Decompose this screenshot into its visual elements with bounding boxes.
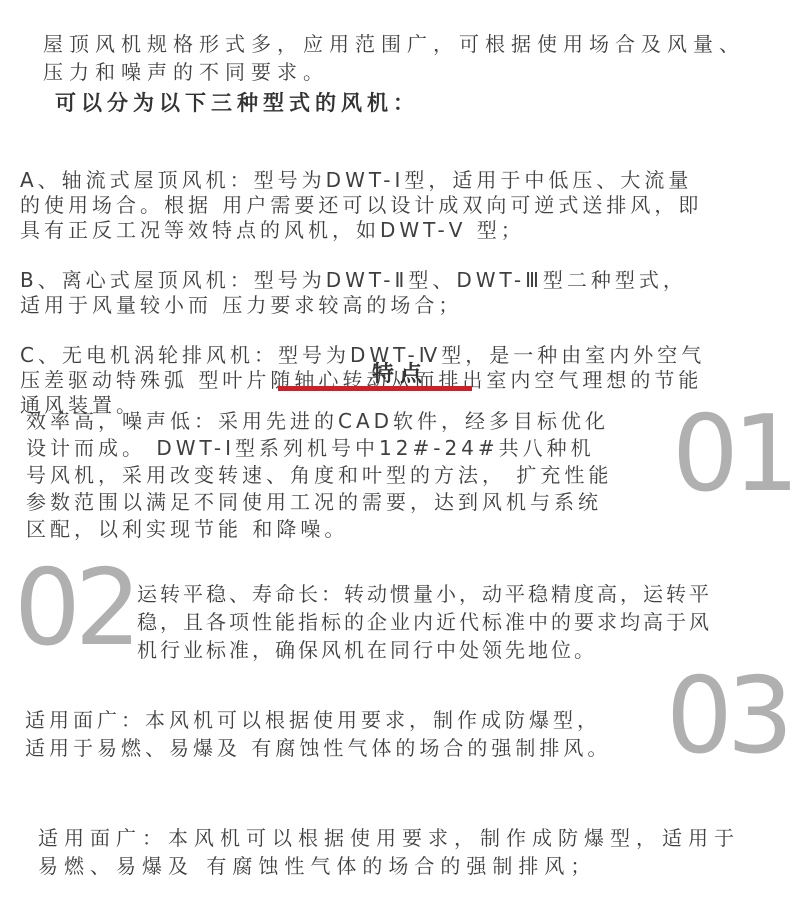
intro-paragraph: 屋顶风机规格形式多，应用范围广，可根据使用场合及风量、 压力和噪声的不同要求。	[43, 30, 788, 86]
features-heading: 特点	[0, 362, 800, 388]
feature-2-number: 02	[14, 556, 136, 661]
feature-3-number: 03	[666, 664, 788, 769]
feature-1-number: 01	[672, 402, 794, 507]
footer-paragraph: 适用面广：本风机可以根据使用要求，制作成防爆型，适用于 易燃、易爆及 有腐蚀性气…	[38, 824, 778, 880]
fan-types-heading: 可以分为以下三种型式的风机：	[55, 90, 419, 116]
feature-1-text: 效率高，噪声低：采用先进的CAD软件，经多目标优化 设计而成。 DWT-Ⅰ型系列…	[26, 408, 686, 543]
feature-2-text: 运转平稳、寿命长：转动惯量小，动平稳精度高，运转平 稳，且各项性能指标的企业内近…	[137, 580, 752, 664]
fan-type-item-centrifugal: B、离心式屋顶风机：型号为DWT-Ⅱ型、DWT-Ⅲ型二种型式， 适用于风量较小而…	[20, 268, 795, 318]
product-description-page: 屋顶风机规格形式多，应用范围广，可根据使用场合及风量、 压力和噪声的不同要求。 …	[0, 0, 800, 920]
fan-type-item-axial: A、轴流式屋顶风机：型号为DWT-Ⅰ型，适用于中低压、大流量 的使用场合。根据 …	[20, 168, 795, 243]
feature-3-text: 适用面广：本风机可以根据使用要求，制作成防爆型， 适用于易燃、易爆及 有腐蚀性气…	[25, 706, 650, 762]
